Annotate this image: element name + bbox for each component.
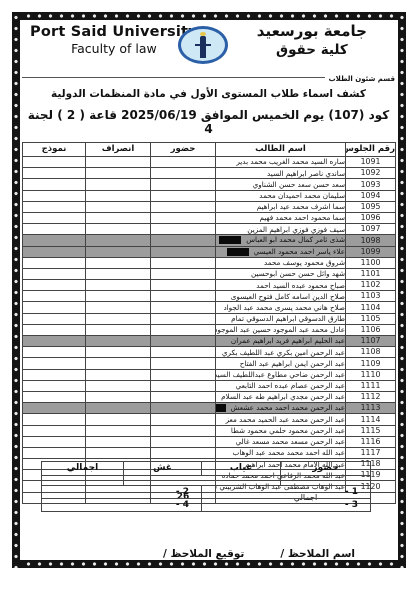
student-name: علاء ياسر احمد محمود العيسي	[216, 246, 346, 257]
present-cell	[151, 168, 216, 179]
department-divider: قسم شئون الطلاب	[22, 74, 395, 84]
col-header-leave: انصراف	[86, 143, 151, 157]
summary-header-absent: غياب	[202, 462, 281, 476]
leave-cell	[86, 324, 151, 335]
form-cell	[23, 425, 86, 436]
present-cell	[151, 369, 216, 380]
leave-cell	[86, 224, 151, 235]
col-header-name: اسم الطالب	[216, 143, 346, 157]
leave-cell	[86, 235, 151, 246]
student-row: 1109عبد الرحمن ايمن ابراهيم عبد الفتاح	[23, 358, 396, 369]
student-row: 1101شهد وائل حسن حسن ابوحسين	[23, 268, 396, 279]
form-cell	[23, 347, 86, 358]
leave-cell	[86, 179, 151, 190]
present-cell	[151, 246, 216, 257]
student-row: 1108عبد الرحمن امين بكري عبد اللطيف بكري	[23, 347, 396, 358]
present-cell	[151, 291, 216, 302]
observer-signature-label: توقيع الملاحظ /	[163, 548, 244, 560]
ornamental-border-left	[12, 12, 20, 568]
form-cell	[23, 380, 86, 391]
seat-number: 1105	[346, 313, 396, 324]
present-cell	[151, 425, 216, 436]
student-row: 1096سما محمود احمد محمد فهيم	[23, 212, 396, 223]
student-row: 1110عبد الرحمن ضاحي مطاوع عبداللطيف السي…	[23, 369, 396, 380]
student-name: سما اشرف محمد عيد ابراهيم	[216, 201, 346, 212]
present-cell	[151, 179, 216, 190]
summary-empty-present	[281, 476, 371, 486]
seat-number: 1103	[346, 291, 396, 302]
student-row: 1116عبد الرحمن مسعد محمد مسعد غالي	[23, 436, 396, 447]
student-row: 1107عبد الحليم ابراهيم فريد ابراهيم عمرا…	[23, 336, 396, 347]
form-cell	[23, 201, 86, 212]
form-cell	[23, 403, 86, 414]
faculty-title-ar: كلية حقوق	[257, 42, 367, 58]
student-name: عبد الرحمن مجدي ابراهيم طه عبد السلام	[216, 391, 346, 402]
seat-number: 1108	[346, 347, 396, 358]
seat-number: 1107	[346, 336, 396, 347]
form-cell	[23, 190, 86, 201]
student-name: سما محمود احمد محمد فهيم	[216, 212, 346, 223]
summary-empty-middle	[124, 476, 281, 486]
student-row: 1114عبد الرحمن محمد عبد الحميد محمد معز	[23, 414, 396, 425]
seat-number: 1114	[346, 414, 396, 425]
present-cell	[151, 235, 216, 246]
document-title: كشف اسماء طلاب المستوى الأول في مادة الم…	[22, 88, 395, 100]
summary-header-row: حضور غياب غش اجمالي	[42, 462, 371, 476]
session-info-line: كود (107) يوم الخميس الموافق 2025/06/19 …	[22, 108, 395, 136]
seat-number: 1095	[346, 201, 396, 212]
summary-item-row-2: - 3 - 4	[42, 499, 371, 512]
seat-number: 1097	[346, 224, 396, 235]
leave-cell	[86, 246, 151, 257]
student-name: سعد حسن سعد حسن الشناوي	[216, 179, 346, 190]
student-row: 1097سيف فوزي فوزي ابراهيم المزين	[23, 224, 396, 235]
leave-cell	[86, 302, 151, 313]
attendance-header-row: رقم الجلوس اسم الطالب حضور انصراف نموذج	[23, 143, 396, 157]
present-cell	[151, 447, 216, 458]
present-cell	[151, 268, 216, 279]
summary-header-present: حضور	[281, 462, 371, 476]
divider-rule	[22, 77, 325, 78]
attendance-rows: 1091ساره السيد محمد الغريب محمد بدير1092…	[23, 157, 396, 493]
present-cell	[151, 391, 216, 402]
present-cell	[151, 313, 216, 324]
present-cell	[151, 403, 216, 414]
leave-cell	[86, 380, 151, 391]
present-cell	[151, 224, 216, 235]
student-name: عبد الرحمن محمد احمد محمد عشعش	[216, 403, 346, 414]
student-row: 1111عبد الرحمن عصام عبده احمد التابعي	[23, 380, 396, 391]
seat-number: 1099	[346, 246, 396, 257]
seat-number: 1115	[346, 425, 396, 436]
student-row: 1104صلاح هاني محمد يسرى محمد عبد الجواد	[23, 302, 396, 313]
student-name: ساره السيد محمد الغريب محمد بدير	[216, 157, 346, 168]
form-cell	[23, 224, 86, 235]
leave-cell	[86, 212, 151, 223]
leave-cell	[86, 257, 151, 268]
seat-number: 1104	[346, 302, 396, 313]
summary-item-4: - 4	[42, 499, 202, 512]
present-cell	[151, 414, 216, 425]
leave-cell	[86, 280, 151, 291]
student-row: 1115عبد الرحمن محمود حلمي محمود شطا	[23, 425, 396, 436]
present-cell	[151, 157, 216, 168]
student-row: 1094سليمان محمد احميدان محمد	[23, 190, 396, 201]
student-name: عبد الرحمن محمود حلمي محمود شطا	[216, 425, 346, 436]
seat-number: 1106	[346, 324, 396, 335]
seat-number: 1110	[346, 369, 396, 380]
leave-cell	[86, 268, 151, 279]
form-cell	[23, 179, 86, 190]
attendance-sheet-page: { "header": { "university_en": "Port Sai…	[0, 0, 417, 589]
letterhead: Port Said University Faculty of law جامع…	[22, 22, 395, 72]
seat-number: 1100	[346, 257, 396, 268]
leave-cell	[86, 313, 151, 324]
student-row: 1093سعد حسن سعد حسن الشناوي	[23, 179, 396, 190]
university-name-english: Port Said University Faculty of law	[30, 24, 198, 56]
attendance-table: رقم الجلوس اسم الطالب حضور انصراف نموذج …	[22, 142, 396, 504]
seat-number: 1092	[346, 168, 396, 179]
present-cell	[151, 358, 216, 369]
leave-cell	[86, 414, 151, 425]
present-cell	[151, 257, 216, 268]
present-cell	[151, 201, 216, 212]
form-cell	[23, 291, 86, 302]
leave-cell	[86, 336, 151, 347]
summary-item-2: - 2	[42, 486, 202, 499]
form-cell	[23, 235, 86, 246]
present-cell	[151, 324, 216, 335]
form-cell	[23, 280, 86, 291]
form-cell	[23, 324, 86, 335]
university-name-arabic: جامعة بورسعيد كلية حقوق	[257, 22, 367, 58]
ornamental-border-right	[398, 12, 406, 568]
student-row: 1099علاء ياسر احمد محمود العيسي	[23, 246, 396, 257]
university-title-en: Port Said University	[30, 24, 198, 40]
leave-cell	[86, 347, 151, 358]
student-name: شذى ثامر كمال محمد ابو العباس	[216, 235, 346, 246]
seat-number: 1093	[346, 179, 396, 190]
present-cell	[151, 336, 216, 347]
present-cell	[151, 436, 216, 447]
student-name: صلاح هاني محمد يسرى محمد عبد الجواد	[216, 302, 346, 313]
redaction-box	[216, 404, 226, 412]
leave-cell	[86, 190, 151, 201]
form-cell	[23, 447, 86, 458]
seat-number: 1102	[346, 280, 396, 291]
observer-name-label: اسم الملاحظ /	[280, 548, 355, 560]
seat-number: 1112	[346, 391, 396, 402]
student-row: 1095سما اشرف محمد عيد ابراهيم	[23, 201, 396, 212]
leave-cell	[86, 201, 151, 212]
form-cell	[23, 391, 86, 402]
student-name: عبد الله احمد محمد محمد عبد الوهاب	[216, 447, 346, 458]
student-name: صلاح الدين اسامه كامل فتوح العيسوى	[216, 291, 346, 302]
seat-number: 1098	[346, 235, 396, 246]
university-seal-icon	[178, 26, 228, 64]
student-row: 1103صلاح الدين اسامه كامل فتوح العيسوى	[23, 291, 396, 302]
student-name: سليمان محمد احميدان محمد	[216, 190, 346, 201]
seat-number: 1094	[346, 190, 396, 201]
leave-cell	[86, 403, 151, 414]
present-cell	[151, 190, 216, 201]
student-row: 1112عبد الرحمن مجدي ابراهيم طه عبد السلا…	[23, 391, 396, 402]
seat-number: 1109	[346, 358, 396, 369]
present-cell	[151, 212, 216, 223]
leave-cell	[86, 436, 151, 447]
col-header-seat: رقم الجلوس	[346, 143, 396, 157]
seat-number: 1111	[346, 380, 396, 391]
col-header-form: نموذج	[23, 143, 86, 157]
student-name: صباح محمود عبده السيد احمد	[216, 280, 346, 291]
seat-number: 1091	[346, 157, 396, 168]
form-cell	[23, 246, 86, 257]
redaction-box	[219, 236, 241, 244]
form-cell	[23, 358, 86, 369]
leave-cell	[86, 447, 151, 458]
seat-number: 1096	[346, 212, 396, 223]
student-name: عادل محمد عبد الموجود حسين عبد الموجود	[216, 324, 346, 335]
summary-table: حضور غياب غش اجمالي - 1 - 2 - 3 - 4	[41, 461, 371, 512]
summary-empty-total	[42, 476, 124, 486]
ornamental-border-top	[12, 12, 406, 20]
leave-cell	[86, 369, 151, 380]
leave-cell	[86, 291, 151, 302]
student-row: 1117عبد الله احمد محمد محمد عبد الوهاب	[23, 447, 396, 458]
student-row: 1106عادل محمد عبد الموجود حسين عبد الموج…	[23, 324, 396, 335]
leave-cell	[86, 425, 151, 436]
leave-cell	[86, 168, 151, 179]
form-cell	[23, 268, 86, 279]
summary-header-cheat: غش	[124, 462, 202, 476]
form-cell	[23, 313, 86, 324]
form-cell	[23, 302, 86, 313]
seal-lighthouse-shape	[200, 36, 206, 58]
signature-footer: اسم الملاحظ / توقيع الملاحظ /	[0, 548, 417, 564]
present-cell	[151, 347, 216, 358]
student-name: شهد وائل حسن حسن ابوحسين	[216, 268, 346, 279]
faculty-title-en: Faculty of law	[30, 41, 198, 56]
student-name: عبد الرحمن امين بكري عبد اللطيف بكري	[216, 347, 346, 358]
form-cell	[23, 212, 86, 223]
summary-header-total: اجمالي	[42, 462, 124, 476]
form-cell	[23, 414, 86, 425]
present-cell	[151, 302, 216, 313]
form-cell	[23, 168, 86, 179]
leave-cell	[86, 391, 151, 402]
department-label: قسم شئون الطلاب	[325, 75, 395, 83]
student-name: ساندي ناصر ابراهيم السيد	[216, 168, 346, 179]
summary-item-row-1: - 1 - 2	[42, 486, 371, 499]
form-cell	[23, 257, 86, 268]
seat-number: 1117	[346, 447, 396, 458]
student-name: عبد الحليم ابراهيم فريد ابراهيم عمران	[216, 336, 346, 347]
student-row: 1105طارق الدسوقي ابراهيم الدسوقي تمام	[23, 313, 396, 324]
student-name: طارق الدسوقي ابراهيم الدسوقي تمام	[216, 313, 346, 324]
student-name: عبد الرحمن ضاحي مطاوع عبداللطيف السيد	[216, 369, 346, 380]
form-cell	[23, 157, 86, 168]
summary-item-3: - 3	[202, 499, 371, 512]
student-row: 1113عبد الرحمن محمد احمد محمد عشعش	[23, 403, 396, 414]
redaction-box	[227, 248, 249, 256]
leave-cell	[86, 157, 151, 168]
university-title-ar: جامعة بورسعيد	[257, 22, 367, 40]
summary-item-1: - 1	[202, 486, 371, 499]
student-row: 1098شذى ثامر كمال محمد ابو العباس	[23, 235, 396, 246]
present-cell	[151, 280, 216, 291]
leave-cell	[86, 358, 151, 369]
student-name: عبد الرحمن محمد عبد الحميد محمد معز	[216, 414, 346, 425]
student-row: 1092ساندي ناصر ابراهيم السيد	[23, 168, 396, 179]
form-cell	[23, 336, 86, 347]
page-content: Port Said University Faculty of law جامع…	[22, 22, 395, 504]
student-name: شروق محمود يوسف محمد	[216, 257, 346, 268]
present-cell	[151, 380, 216, 391]
student-row: 1091ساره السيد محمد الغريب محمد بدير	[23, 157, 396, 168]
col-header-present: حضور	[151, 143, 216, 157]
form-cell	[23, 436, 86, 447]
student-name: عبد الرحمن مسعد محمد مسعد غالي	[216, 436, 346, 447]
student-name: سيف فوزي فوزي ابراهيم المزين	[216, 224, 346, 235]
student-row: 1102صباح محمود عبده السيد احمد	[23, 280, 396, 291]
student-name: عبد الرحمن عصام عبده احمد التابعي	[216, 380, 346, 391]
student-row: 1100شروق محمود يوسف محمد	[23, 257, 396, 268]
seat-number: 1116	[346, 436, 396, 447]
seat-number: 1113	[346, 403, 396, 414]
seat-number: 1101	[346, 268, 396, 279]
form-cell	[23, 369, 86, 380]
student-name: عبد الرحمن ايمن ابراهيم عبد الفتاح	[216, 358, 346, 369]
summary-empty-row	[42, 476, 371, 486]
